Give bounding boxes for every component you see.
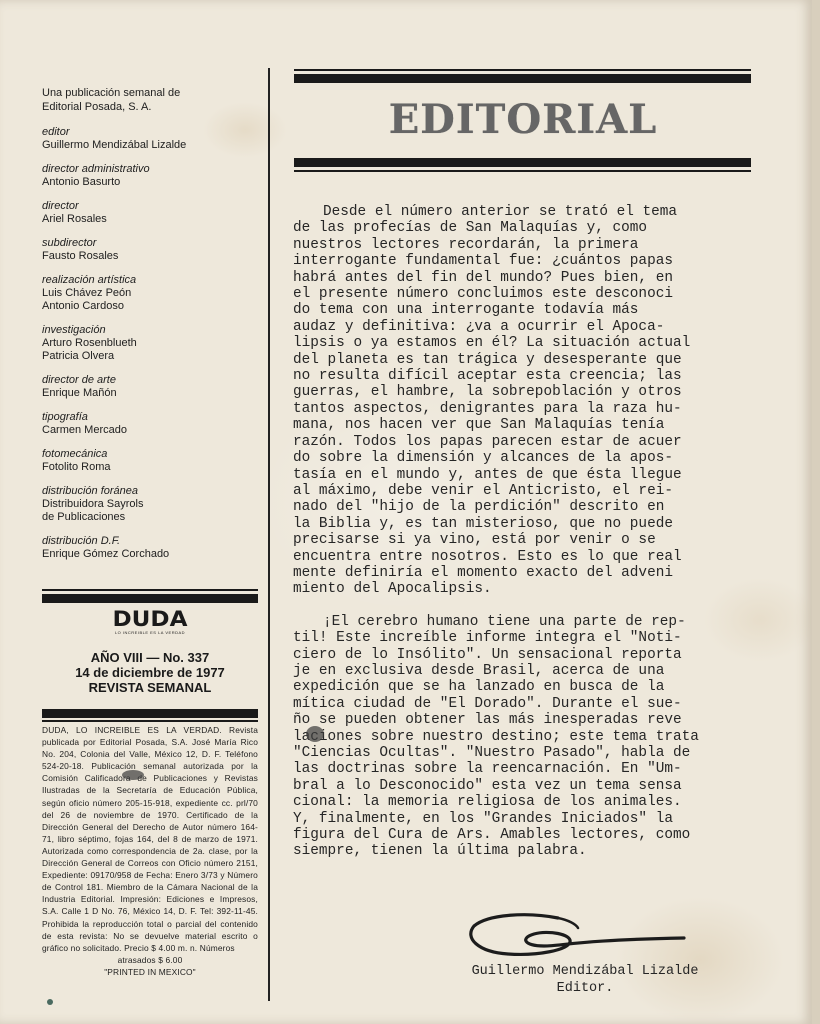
publisher-intro: Una publicación semanal de Editorial Pos…: [42, 86, 262, 114]
credit-role: director administrativo: [42, 163, 262, 176]
registration-dot: [47, 999, 53, 1005]
editorial-title: EDITORIAL: [294, 96, 752, 144]
credit-fotomecanica: fotomecánica Fotolito Roma: [42, 448, 262, 474]
credit-role: director: [42, 200, 262, 213]
credit-name: Fotolito Roma: [42, 461, 262, 474]
issue-date: 14 de diciembre de 1977: [42, 665, 258, 680]
credit-name: Enrique Gómez Corchado: [42, 548, 262, 561]
printed-in-mexico: "PRINTED IN MEXICO": [42, 966, 258, 978]
credit-name: Antonio Basurto: [42, 176, 262, 189]
intro-line: Editorial Posada, S. A.: [42, 100, 262, 114]
credit-role: distribución foránea: [42, 485, 262, 498]
credit-role: director de arte: [42, 374, 262, 387]
divider-bar: [42, 594, 258, 603]
credit-role: tipografía: [42, 411, 262, 424]
column-divider: [268, 68, 270, 1001]
credit-name: Carmen Mercado: [42, 424, 262, 437]
credit-name: Fausto Rosales: [42, 250, 262, 263]
credit-director-administrativo: director administrativo Antonio Basurto: [42, 163, 262, 189]
credit-subdirector: subdirector Fausto Rosales: [42, 237, 262, 263]
title-bar-bottom: [294, 158, 751, 167]
credit-name: Patricia Olvera: [42, 350, 262, 363]
issue-number: AÑO VIII — No. 337: [42, 650, 258, 665]
credit-role: investigación: [42, 324, 262, 337]
legal-notice: DUDA, LO INCREIBLE ES LA VERDAD. Revista…: [42, 724, 258, 978]
magazine-page: Una publicación semanal de Editorial Pos…: [0, 0, 812, 1024]
credit-role: distribución D.F.: [42, 535, 262, 548]
credit-realizacion-artistica: realización artística Luis Chávez Peón A…: [42, 274, 262, 313]
title-bar-top: [294, 74, 751, 83]
credit-distribucion-df: distribución D.F. Enrique Gómez Corchado: [42, 535, 262, 561]
ink-smudge: [122, 770, 144, 780]
issue-type: REVISTA SEMANAL: [42, 680, 258, 695]
credit-name: Ariel Rosales: [42, 213, 262, 226]
credit-tipografia: tipografía Carmen Mercado: [42, 411, 262, 437]
magazine-info: DUDA LO INCREIBLE ES LA VERDAD AÑO VIII …: [42, 608, 258, 695]
editorial-paragraph: Desde el número anterior se trató el tem…: [293, 204, 755, 598]
credit-role: subdirector: [42, 237, 262, 250]
credit-name: Arturo Rosenblueth: [42, 337, 262, 350]
page-edge: [812, 0, 820, 1024]
signer-block: Guillermo Mendizábal Lizalde Editor.: [420, 964, 750, 997]
credit-director: director Ariel Rosales: [42, 200, 262, 226]
signer-title: Editor.: [420, 981, 750, 998]
editorial-body: Desde el número anterior se trató el tem…: [293, 204, 755, 876]
signature: [468, 910, 688, 960]
credit-name: Guillermo Mendizábal Lizalde: [42, 139, 262, 152]
credit-name: de Publicaciones: [42, 511, 262, 524]
divider-bar: [42, 709, 258, 718]
title-rule-top: [294, 69, 751, 71]
editorial-paragraph: ¡El cerebro humano tiene una parte de re…: [293, 614, 755, 860]
credit-distribucion-foranea: distribución foránea Distribuidora Sayro…: [42, 485, 262, 524]
credit-role: fotomecánica: [42, 448, 262, 461]
ink-smudge: [306, 726, 324, 742]
credit-name: Distribuidora Sayrols: [42, 498, 262, 511]
credit-name: Enrique Mañón: [42, 387, 262, 400]
masthead: Una publicación semanal de Editorial Pos…: [42, 86, 262, 572]
back-issues-price: atrasados $ 6.00: [42, 954, 258, 966]
legal-text: DUDA, LO INCREIBLE ES LA VERDAD. Revista…: [42, 725, 258, 953]
intro-line: Una publicación semanal de: [42, 86, 262, 100]
credit-director-de-arte: director de arte Enrique Mañón: [42, 374, 262, 400]
credit-name: Antonio Cardoso: [42, 300, 262, 313]
signer-name: Guillermo Mendizábal Lizalde: [420, 964, 750, 981]
credit-role: editor: [42, 126, 262, 139]
credit-editor: editor Guillermo Mendizábal Lizalde: [42, 126, 262, 152]
duda-logo: DUDA: [31, 608, 269, 630]
credit-role: realización artística: [42, 274, 262, 287]
title-rule-bottom: [294, 170, 751, 172]
divider-rule: [42, 720, 258, 722]
divider-rule: [42, 589, 258, 591]
credit-investigacion: investigación Arturo Rosenblueth Patrici…: [42, 324, 262, 363]
credit-name: Luis Chávez Peón: [42, 287, 262, 300]
